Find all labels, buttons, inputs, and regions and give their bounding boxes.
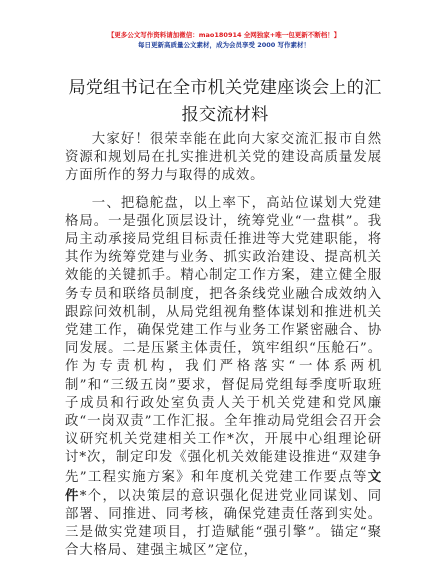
paragraph-greeting: 大家好！很荣幸能在此向大家交流汇报市自然资源和规划局在扎实推进机关党的建设高质量… [65, 131, 382, 186]
document-page: 【更多公文写作资料请加微信：mao180914 全网独家+唯一包更新不断档！】 … [0, 0, 448, 580]
paragraph-text: 大家好！很荣幸能在此向大家交流汇报市自然资源和规划局在扎实推进机关党的建设高质量… [65, 132, 382, 183]
page-number: 1 [0, 544, 448, 553]
paragraph-text: 一、把稳舵盘，以上率下，高站位谋划大党建格局。一是强化顶层设计，统筹党业“一盘棋… [65, 196, 382, 485]
document-body: 大家好！很荣幸能在此向大家交流汇报市自然资源和规划局在扎实推进机关党的建设高质量… [65, 131, 382, 561]
document-title: 局党组书记在全市机关党建座谈会上的汇报交流材料 [66, 75, 384, 129]
paragraph-section-one: 一、把稳舵盘，以上率下，高站位谋划大党建格局。一是强化顶层设计，统筹党业“一盘棋… [65, 195, 382, 561]
promo-banner-line2: 每日更新高质量公文素材，成为会员享受 2000 写作素材！ [0, 41, 448, 49]
promo-banner-line1: 【更多公文写作资料请加微信：mao180914 全网独家+唯一包更新不断档！】 [0, 31, 448, 39]
